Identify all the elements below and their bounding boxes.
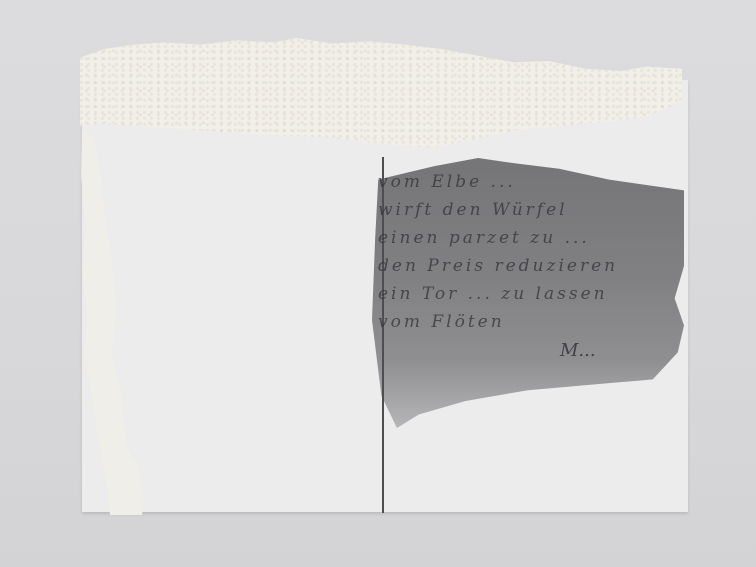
- handwritten-line: wirft den Würfel: [378, 196, 683, 224]
- signature: M...: [560, 340, 596, 361]
- handwritten-line: vom Flöten: [378, 308, 683, 336]
- handwritten-line: den Preis reduzieren: [378, 252, 683, 280]
- handwritten-line: vom Elbe ...: [378, 168, 683, 196]
- handwritten-line: ein Tor ... zu lassen: [378, 280, 683, 308]
- handwritten-line: einen parzet zu ...: [378, 224, 683, 252]
- handwritten-text: vom Elbe ... wirft den Würfel einen parz…: [378, 168, 683, 336]
